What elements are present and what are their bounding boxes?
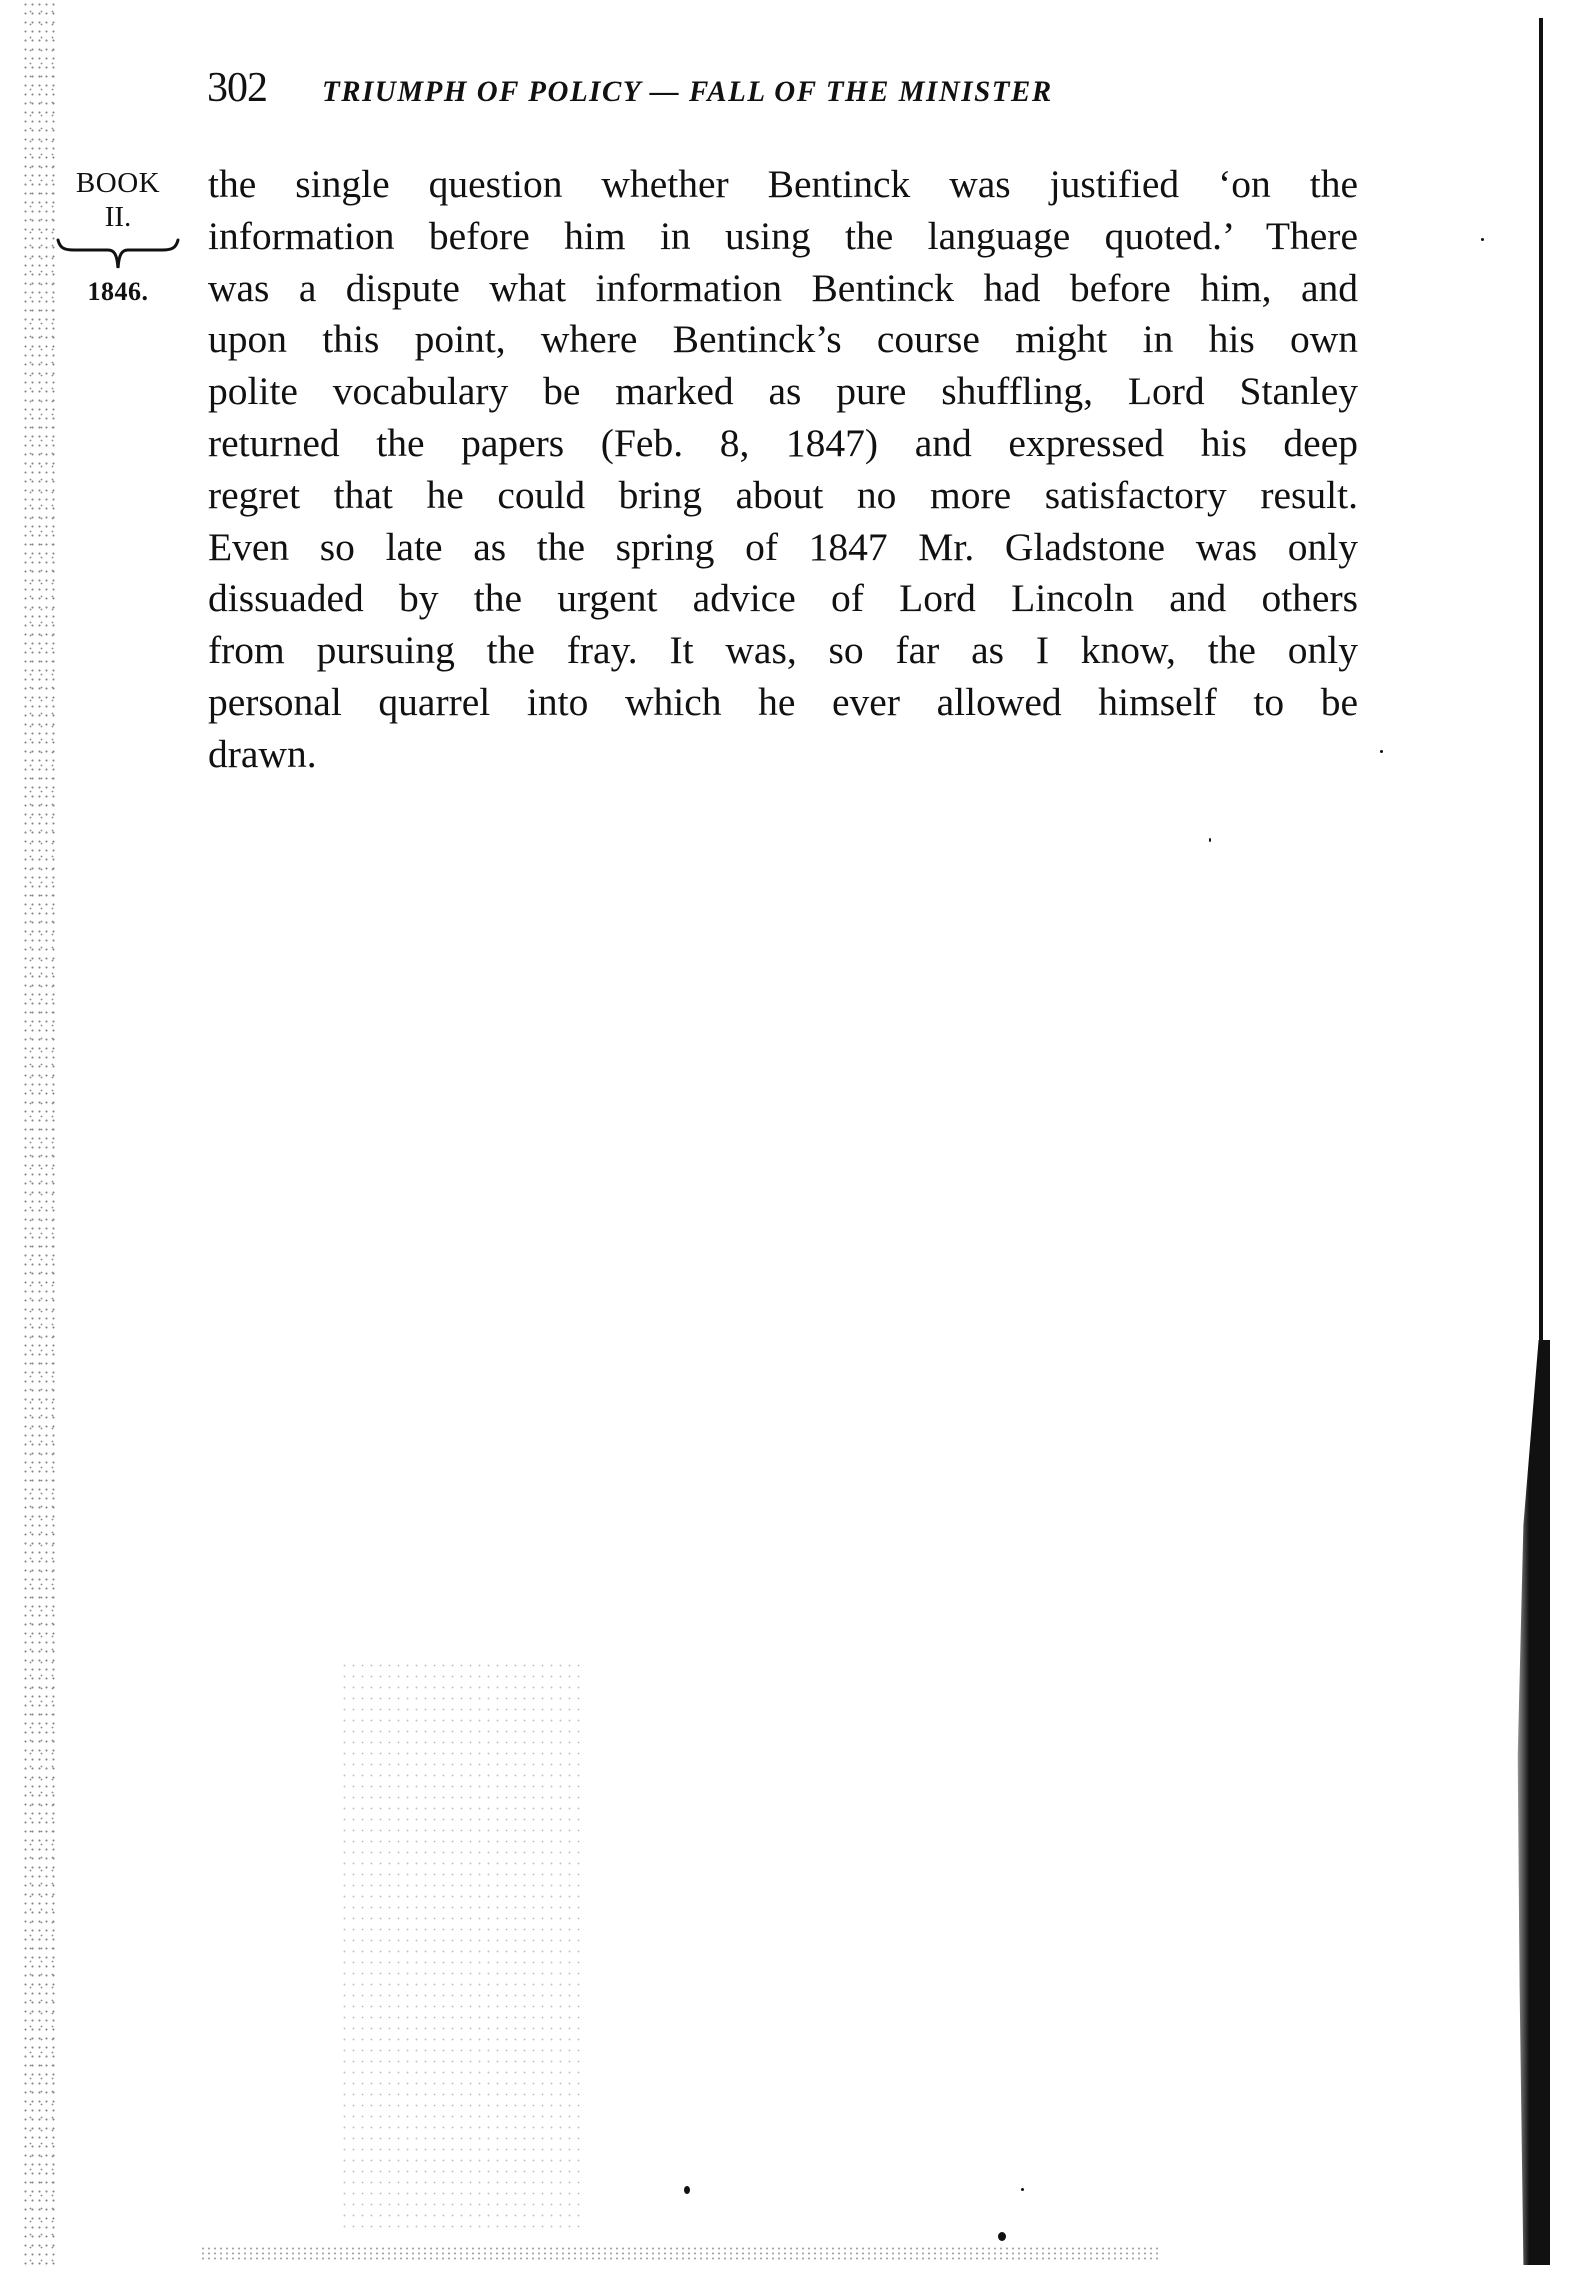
running-head-title: TRIUMPH OF POLICY — FALL OF THE MINISTER [322, 74, 1053, 110]
scan-edge-noise [22, 0, 58, 2265]
text-line: polite vocabulary be marked as pure shuf… [208, 366, 1358, 418]
ink-speck [1209, 838, 1211, 842]
text-line: information before him in using the lang… [208, 211, 1358, 263]
text-line: regret that he could bring about no more… [208, 470, 1358, 522]
text-line: Even so late as the spring of 1847 Mr. G… [208, 522, 1358, 574]
text-line: personal quarrel into which he ever allo… [208, 677, 1358, 729]
margin-volume-label: II. [56, 202, 180, 232]
bleed-through-noise [340, 1660, 580, 2230]
bottom-edge-noise [200, 2246, 1160, 2262]
text-line: was a dispute what information Bentinck … [208, 263, 1358, 315]
ink-speck [1380, 750, 1383, 753]
margin-year-label: 1846. [56, 278, 180, 306]
text-line: the single question whether Bentinck was… [208, 159, 1358, 211]
ink-speck [1481, 238, 1484, 241]
ink-speck [1021, 2188, 1024, 2191]
marginal-note: BOOK II. 1846. [56, 168, 180, 306]
text-line: dissuaded by the urgent advice of Lord L… [208, 573, 1358, 625]
text-line: upon this point, where Bentinck’s course… [208, 314, 1358, 366]
ink-speck [998, 2232, 1006, 2241]
text-line: returned the papers (Feb. 8, 1847) and e… [208, 418, 1358, 470]
binding-edge-line [1539, 18, 1543, 1348]
text-line-last: drawn. [208, 729, 1358, 781]
margin-book-label: BOOK [56, 168, 180, 198]
brace-icon [56, 238, 180, 272]
body-paragraph: the single question whether Bentinck was… [208, 159, 1358, 781]
page-number: 302 [207, 64, 267, 112]
book-page: 302 TRIUMPH OF POLICY — FALL OF THE MINI… [0, 0, 1574, 2295]
binding-shadow [1512, 1340, 1550, 2265]
text-line: from pursuing the fray. It was, so far a… [208, 625, 1358, 677]
ink-speck [684, 2186, 690, 2194]
